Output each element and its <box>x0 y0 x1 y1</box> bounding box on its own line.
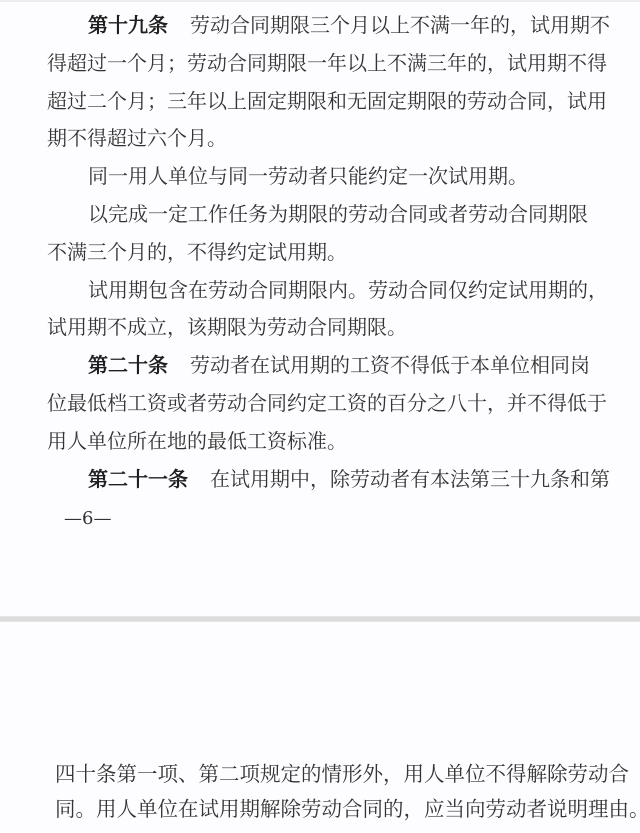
page-number: —6— <box>64 506 111 532</box>
text-line: 得超过一个月；劳动合同期限一年以上不满三年的，试用期不得 <box>47 45 607 83</box>
article-number: 第二十条 <box>88 353 168 377</box>
text-line: 不满三个月的，不得约定试用期。 <box>47 234 347 272</box>
text-line: 以完成一定工作任务为期限的劳动合同或者劳动合同期限 <box>88 196 588 234</box>
document-page-6: 第十九条劳动合同期限三个月以上不满一年的，试用期不 得超过一个月；劳动合同期限一… <box>0 7 640 615</box>
text-line: 四十条第一项、第二项规定的情形外，用人单位不得解除劳动合 <box>55 757 629 792</box>
text-line: 试用期包含在劳动合同期限内。劳动合同仅约定试用期的， <box>88 272 608 310</box>
text-line: 第二十条劳动者在试用期的工资不得低于本单位相同岗 <box>88 347 590 385</box>
text-line: 同一用人单位与同一劳动者只能约定一次试用期。 <box>88 158 528 196</box>
text-line: 期不得超过六个月。 <box>47 120 227 158</box>
text-line: 超过二个月；三年以上固定期限和无固定期限的劳动合同，试用 <box>47 83 607 121</box>
text-line: 第十九条劳动合同期限三个月以上不满一年的，试用期不 <box>88 7 610 45</box>
text-line: 试用期不成立，该期限为劳动合同期限。 <box>47 309 407 347</box>
top-edge-rule <box>0 0 640 2</box>
text-line: 用人单位所在地的最低工资标准。 <box>47 423 347 461</box>
line-text: 劳动合同期限三个月以上不满一年的，试用期不 <box>190 13 610 37</box>
text-line: 同。用人单位在试用期解除劳动合同的，应当向劳动者说明理由。 <box>55 792 640 827</box>
article-number: 第二十一条 <box>88 467 188 491</box>
line-text: 在试用期中，除劳动者有本法第三十九条和第 <box>210 467 610 491</box>
page-separator <box>0 616 640 622</box>
line-text: 劳动者在试用期的工资不得低于本单位相同岗 <box>190 353 590 377</box>
article-number: 第十九条 <box>88 13 168 37</box>
text-line: 第二十一条在试用期中，除劳动者有本法第三十九条和第 <box>88 461 610 499</box>
text-line: 位最低档工资或者劳动合同约定工资的百分之八十，并不得低于 <box>47 385 607 423</box>
